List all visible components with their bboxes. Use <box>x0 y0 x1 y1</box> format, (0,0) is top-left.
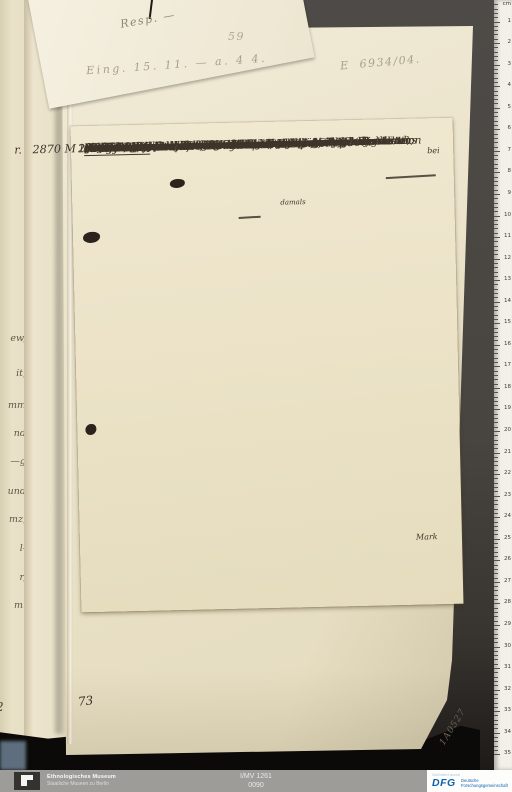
ruler-minor-tick <box>494 340 498 341</box>
ruler-minor-tick <box>494 599 498 600</box>
ruler-minor-tick <box>494 707 498 708</box>
ruler-minor-tick <box>494 418 498 419</box>
ruler-minor-tick <box>494 724 498 725</box>
ruler-minor-tick <box>494 638 498 639</box>
ruler-minor-tick <box>494 185 498 186</box>
ruler-major-tick <box>494 216 500 217</box>
ruler-minor-tick <box>494 612 498 613</box>
ruler-minor-tick <box>494 621 498 622</box>
ruler-number: 25 <box>504 536 511 542</box>
ruler-major-tick <box>494 453 500 454</box>
ruler-minor-tick <box>494 211 498 212</box>
ruler-major-tick <box>494 129 500 130</box>
ruler-minor-tick <box>494 720 498 721</box>
ruler-minor-tick <box>494 353 498 354</box>
ruler-unit-label: cm <box>503 2 511 8</box>
ruler-minor-tick <box>494 595 498 596</box>
ruler-minor-tick <box>494 534 498 535</box>
ruler-minor-tick <box>494 177 498 178</box>
ruler-minor-tick <box>494 655 498 656</box>
ruler-minor-tick <box>494 362 498 363</box>
book-cover-bottom <box>0 741 26 770</box>
ruler-minor-tick <box>494 461 498 462</box>
ruler-major-tick <box>494 43 500 44</box>
ruler: cm12345678910111213141516171819202122232… <box>494 0 512 770</box>
ruler-minor-tick <box>494 39 498 40</box>
ruler-minor-tick <box>494 556 498 557</box>
ruler-minor-tick <box>494 52 498 53</box>
ruler-minor-tick <box>494 526 498 527</box>
ruler-minor-tick <box>494 513 498 514</box>
ruler-minor-tick <box>494 470 498 471</box>
ruler-number: 22 <box>504 471 511 477</box>
ruler-number: 20 <box>504 428 511 434</box>
ruler-major-tick <box>494 280 500 281</box>
ruler-minor-tick <box>494 422 498 423</box>
ruler-minor-tick <box>494 203 498 204</box>
ruler-minor-tick <box>494 405 498 406</box>
ruler-minor-tick <box>494 78 498 79</box>
ruler-major-tick <box>494 603 500 604</box>
ruler-minor-tick <box>494 616 498 617</box>
ruler-minor-tick <box>494 112 498 113</box>
note-strikethrough <box>386 174 436 178</box>
ruler-major-tick <box>494 22 500 23</box>
page-left-shadow <box>55 28 63 734</box>
ruler-minor-tick <box>494 233 498 234</box>
ruler-major-tick <box>494 754 500 755</box>
ruler-number: 29 <box>504 622 511 628</box>
ruler-major-tick <box>494 86 500 87</box>
ruler-minor-tick <box>494 573 498 574</box>
ruler-minor-tick <box>494 543 498 544</box>
ruler-number: 24 <box>504 514 511 520</box>
ink-blot <box>83 232 100 243</box>
ruler-minor-tick <box>494 659 498 660</box>
ruler-number: 14 <box>504 299 511 305</box>
ruler-major-tick <box>494 560 500 561</box>
ruler-minor-tick <box>494 34 498 35</box>
note-strikethrough <box>239 216 261 219</box>
ruler-minor-tick <box>494 522 498 523</box>
ruler-minor-tick <box>494 91 498 92</box>
ruler-minor-tick <box>494 99 498 100</box>
ruler-minor-tick <box>494 82 498 83</box>
ruler-minor-tick <box>494 336 498 337</box>
note-superscript: damals <box>280 198 305 207</box>
ruler-minor-tick <box>494 608 498 609</box>
ruler-number: 9 <box>508 191 512 197</box>
ruler-minor-tick <box>494 134 498 135</box>
ink-blot <box>170 179 185 188</box>
ruler-number: 27 <box>504 579 511 585</box>
ruler-minor-tick <box>494 284 498 285</box>
ruler-minor-tick <box>494 590 498 591</box>
ruler-minor-tick <box>494 297 498 298</box>
dfg-logo: Gefördert durch DFG Deutsche Forschungsg… <box>427 770 512 792</box>
ruler-minor-tick <box>494 30 498 31</box>
ruler-minor-tick <box>494 397 498 398</box>
ruler-number: 23 <box>504 493 511 499</box>
pencil-top-number: 59 <box>228 30 245 43</box>
ruler-major-tick <box>494 474 500 475</box>
archive-scan-viewer: ew,it,mmnd—gundmz,l-r,m. Resp. — 59 Eing… <box>0 0 512 792</box>
ruler-major-tick <box>494 625 500 626</box>
ruler-minor-tick <box>494 116 498 117</box>
ruler-major-tick <box>494 668 500 669</box>
ruler-minor-tick <box>494 569 498 570</box>
ruler-minor-tick <box>494 250 498 251</box>
ruler-minor-tick <box>494 444 498 445</box>
ruler-number: 32 <box>504 687 511 693</box>
ruler-major-tick <box>494 302 500 303</box>
page-number-73: 73 <box>77 693 94 709</box>
ruler-minor-tick <box>494 685 498 686</box>
ruler-minor-tick <box>494 332 498 333</box>
ruler-minor-tick <box>494 384 498 385</box>
ruler-major-tick <box>494 733 500 734</box>
ruler-minor-tick <box>494 198 498 199</box>
ruler-major-tick <box>494 323 500 324</box>
ruler-number: 1 <box>508 19 512 25</box>
ruler-minor-tick <box>494 95 498 96</box>
ruler-minor-tick <box>494 746 498 747</box>
note-superscript: bei <box>427 146 440 155</box>
ruler-major-tick <box>494 366 500 367</box>
ruler-minor-tick <box>494 181 498 182</box>
ruler-minor-tick <box>494 228 498 229</box>
ruler-minor-tick <box>494 241 498 242</box>
dfg-abbr: DFG <box>432 777 456 789</box>
ruler-major-tick <box>494 496 500 497</box>
ruler-minor-tick <box>494 159 498 160</box>
ruler-minor-tick <box>494 315 498 316</box>
note-superscript: Mark <box>416 532 438 541</box>
ruler-minor-tick <box>494 698 498 699</box>
ruler-minor-tick <box>494 69 498 70</box>
ruler-minor-tick <box>494 677 498 678</box>
ruler-minor-tick <box>494 715 498 716</box>
ruler-number: 7 <box>508 148 512 154</box>
ruler-minor-tick <box>494 263 498 264</box>
ruler-minor-tick <box>494 4 498 5</box>
ruler-minor-tick <box>494 155 498 156</box>
ruler-minor-tick <box>494 272 498 273</box>
ruler-minor-tick <box>494 254 498 255</box>
ruler-minor-tick <box>494 478 498 479</box>
ruler-minor-tick <box>494 530 498 531</box>
ruler-major-tick <box>494 431 500 432</box>
ruler-minor-tick <box>494 737 498 738</box>
ruler-minor-tick <box>494 487 498 488</box>
ruler-major-tick <box>494 172 500 173</box>
prev-page-edge: ew,it,mmnd—gundmz,l-r,m. <box>0 0 27 766</box>
ruler-minor-tick <box>494 164 498 165</box>
ruler-number: 2 <box>508 40 512 46</box>
ruler-minor-tick <box>494 138 498 139</box>
ruler-minor-tick <box>494 651 498 652</box>
ink-blot <box>85 424 96 435</box>
ruler-major-tick <box>494 65 500 66</box>
ruler-major-tick <box>494 539 500 540</box>
ruler-minor-tick <box>494 728 498 729</box>
ruler-major-tick <box>494 345 500 346</box>
ruler-minor-tick <box>494 147 498 148</box>
ruler-minor-tick <box>494 371 498 372</box>
ruler-minor-tick <box>494 103 498 104</box>
ruler-minor-tick <box>494 125 498 126</box>
ruler-minor-tick <box>494 414 498 415</box>
ruler-minor-tick <box>494 448 498 449</box>
ruler-number: 16 <box>504 342 511 348</box>
ruler-major-tick <box>494 194 500 195</box>
ruler-minor-tick <box>494 328 498 329</box>
ruler-number: 30 <box>504 644 511 650</box>
ruler-minor-tick <box>494 9 498 10</box>
ruler-major-tick <box>494 647 500 648</box>
ruler-major-tick <box>494 711 500 712</box>
ruler-number: 4 <box>508 83 512 89</box>
ruler-minor-tick <box>494 73 498 74</box>
ruler-minor-tick <box>494 578 498 579</box>
ruler-number: 17 <box>504 363 511 369</box>
pasted-note: Mit Bezug auf die Publikation der archäo… <box>71 118 464 613</box>
ruler-number: 21 <box>504 450 511 456</box>
ruler-number: 3 <box>508 62 512 68</box>
ruler-number: 10 <box>504 213 511 219</box>
ruler-minor-tick <box>494 672 498 673</box>
ruler-minor-tick <box>494 392 498 393</box>
ruler-minor-tick <box>494 358 498 359</box>
ruler-minor-tick <box>494 634 498 635</box>
ruler-major-tick <box>494 259 500 260</box>
ruler-minor-tick <box>494 319 498 320</box>
ruler-major-tick <box>494 388 500 389</box>
ruler-minor-tick <box>494 310 498 311</box>
ruler-minor-tick <box>494 56 498 57</box>
ruler-minor-tick <box>494 276 498 277</box>
ruler-minor-tick <box>494 168 498 169</box>
ruler-minor-tick <box>494 220 498 221</box>
ruler-number: 34 <box>504 730 511 736</box>
ruler-minor-tick <box>494 349 498 350</box>
ruler-number: 33 <box>504 708 511 714</box>
note-text: Mit Bezug auf die Publikation der archäo… <box>84 134 440 142</box>
ruler-minor-tick <box>494 509 498 510</box>
ruler-minor-tick <box>494 121 498 122</box>
ruler-minor-tick <box>494 246 498 247</box>
ruler-minor-tick <box>494 741 498 742</box>
ruler-minor-tick <box>494 500 498 501</box>
ruler-major-tick <box>494 108 500 109</box>
ruler-major-tick <box>494 517 500 518</box>
ruler-number: 5 <box>508 105 512 111</box>
ruler-number: 35 <box>504 751 511 757</box>
ruler-major-tick <box>494 582 500 583</box>
ruler-minor-tick <box>494 681 498 682</box>
ruler-minor-tick <box>494 306 498 307</box>
ruler-minor-tick <box>494 26 498 27</box>
ruler-number: 11 <box>504 234 511 240</box>
ruler-minor-tick <box>494 435 498 436</box>
dfg-name-line2: Forschungsgemeinschaft <box>461 783 508 788</box>
ruler-number: 26 <box>504 557 511 563</box>
ruler-minor-tick <box>494 664 498 665</box>
ruler-number: 28 <box>504 600 511 606</box>
ruler-minor-tick <box>494 289 498 290</box>
ruler-minor-tick <box>494 483 498 484</box>
viewer-footer-bar: Ethnologisches Museum Staatliche Museen … <box>0 770 512 792</box>
ruler-major-tick <box>494 151 500 152</box>
ruler-minor-tick <box>494 440 498 441</box>
ruler-number: 31 <box>504 665 511 671</box>
ruler-minor-tick <box>494 47 498 48</box>
ruler-minor-tick <box>494 190 498 191</box>
ruler-minor-tick <box>494 267 498 268</box>
ruler-major-tick <box>494 409 500 410</box>
edge-page-number: 2 <box>0 700 4 714</box>
ruler-minor-tick <box>494 457 498 458</box>
ruler-minor-tick <box>494 586 498 587</box>
ruler-number: 15 <box>504 320 511 326</box>
ruler-number: 8 <box>508 169 512 175</box>
ruler-minor-tick <box>494 375 498 376</box>
ruler-minor-tick <box>494 629 498 630</box>
ruler-number: 13 <box>504 277 511 283</box>
ruler-minor-tick <box>494 224 498 225</box>
ruler-minor-tick <box>494 491 498 492</box>
ruler-minor-tick <box>494 565 498 566</box>
ruler-minor-tick <box>494 694 498 695</box>
ruler-minor-tick <box>494 17 498 18</box>
ruler-minor-tick <box>494 207 498 208</box>
ruler-number: 19 <box>504 406 511 412</box>
ruler-minor-tick <box>494 547 498 548</box>
ruler-minor-tick <box>494 379 498 380</box>
ruler-minor-tick <box>494 401 498 402</box>
ruler-number: 6 <box>508 126 512 132</box>
ruler-minor-tick <box>494 750 498 751</box>
ruler-major-tick <box>494 690 500 691</box>
ruler-minor-tick <box>494 427 498 428</box>
ruler-number: 12 <box>504 256 511 262</box>
ruler-major-tick <box>494 237 500 238</box>
ruler-minor-tick <box>494 552 498 553</box>
ruler-minor-tick <box>494 60 498 61</box>
ruler-minor-tick <box>494 142 498 143</box>
ruler-number: 18 <box>504 385 511 391</box>
ruler-minor-tick <box>494 465 498 466</box>
ruler-minor-tick <box>494 293 498 294</box>
ruler-minor-tick <box>494 642 498 643</box>
ruler-minor-tick <box>494 504 498 505</box>
ruler-minor-tick <box>494 13 498 14</box>
ruler-minor-tick <box>494 703 498 704</box>
